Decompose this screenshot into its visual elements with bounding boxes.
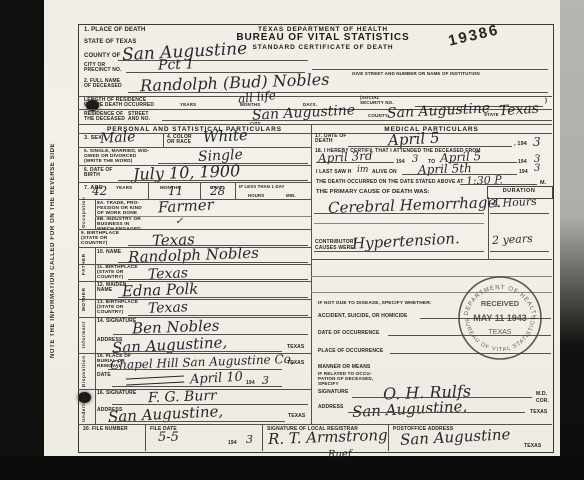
marital-label3: (WRITE THE WORD) — [84, 159, 133, 165]
undertaker-addr-state: TEXAS — [288, 413, 305, 419]
burial-line — [108, 369, 282, 370]
death-certificate-scan: NOTE THE INFORMATION CALLED FOR ON THE R… — [0, 0, 584, 480]
place-occ-label: PLACE OF OCCURRENCE — [318, 348, 383, 354]
race-handwritten: White — [203, 126, 249, 146]
scan-left-black-edge — [0, 0, 44, 480]
burial-date-label: DATE — [97, 372, 111, 378]
place-of-death-title: 1. PLACE OF DEATH — [84, 27, 145, 34]
side-label-undertaker: Undertaker — [81, 391, 86, 422]
contrib-line — [314, 251, 484, 252]
file-div2 — [262, 424, 263, 451]
side-label-disposition: Disposition — [81, 355, 86, 387]
med-line-259 — [311, 259, 552, 260]
accident-label: ACCIDENT, SUICIDE, OR HOMICIDE — [318, 313, 408, 319]
age-less-label: IF LESS THAN 1 DAY — [239, 184, 285, 189]
father-bp-line — [128, 279, 308, 280]
residence-state-handwritten: Texas — [498, 101, 539, 120]
sex-race-divider — [163, 133, 164, 147]
date-occ-label: DATE OF OCCURRENCE — [318, 330, 380, 336]
file-div1 — [145, 424, 146, 451]
last-saw-label2: ALIVE ON — [372, 169, 397, 175]
not-disease-label: IF NOT DUE TO DISEASE, SPECIFY WHETHER: — [318, 301, 432, 307]
row-line-96 — [78, 96, 552, 97]
residence-line — [162, 120, 552, 121]
age-div3 — [235, 183, 236, 199]
age-min-label: MIN. — [286, 193, 296, 198]
side-label-occupation: Occupation — [81, 201, 86, 228]
last-saw-fill: im — [357, 165, 368, 175]
street-hint-label: GIVE STREET AND NUMBER OR NAME OF INSTIT… — [352, 71, 480, 76]
race-label2: OR RACE — [167, 139, 191, 145]
bar-top-line — [78, 124, 552, 125]
industry-checkmark: ✓ — [175, 216, 183, 227]
mother-name-line — [118, 297, 308, 298]
side-label-informant: Informant — [81, 319, 86, 351]
margin-note: NOTE THE INFORMATION CALLED FOR ON THE R… — [50, 105, 56, 395]
related-label3: SPECIFY — [318, 381, 339, 387]
father-name-label: 10. NAME — [97, 249, 121, 255]
dob-label2: BIRTH — [84, 172, 100, 178]
undertaker-sig-label: 16. SIGNATURE — [97, 390, 136, 396]
saw-year-handwritten: 3 — [534, 163, 540, 174]
po-address-state: TEXAS — [524, 443, 541, 449]
age-months-handwritten: 11 — [168, 184, 183, 198]
column-divider — [311, 124, 312, 424]
side-col-line-main — [95, 247, 96, 424]
dod-year-printed: , 194 — [514, 141, 527, 148]
burial-state-label: TEXAS — [287, 360, 304, 366]
dob-line — [118, 180, 308, 181]
years-blank-label: YEARS — [180, 102, 196, 107]
to-year-printed: 194 — [518, 159, 527, 165]
contrib-duration-line — [490, 251, 549, 252]
street-line — [312, 69, 548, 70]
county-line — [118, 60, 308, 61]
stamp-date-text: MAY 11 1943 — [473, 313, 527, 323]
physician-addr-line — [348, 412, 525, 413]
full-name-label2: OF DECEASED — [84, 83, 122, 89]
last-saw-label1: I LAST SAW H — [316, 169, 351, 175]
side-col-line-occ — [95, 199, 96, 229]
name-line — [128, 92, 548, 93]
stamp-received-text: RECEIVED — [481, 299, 520, 308]
scan-right-edge — [560, 0, 584, 480]
res-state-label: STATE — [484, 112, 499, 117]
informant-addr-state: TEXAS — [287, 344, 304, 350]
length-res-label2: WHERE DEATH OCCURRED — [84, 102, 154, 108]
father-bp-label3: COUNTRY) — [97, 275, 123, 281]
from-year-printed: 194 — [396, 159, 405, 165]
physician-sig-label: SIGNATURE — [318, 389, 348, 395]
cause-line2 — [314, 223, 484, 224]
age-div1 — [148, 183, 149, 199]
saw-year-printed: 194 — [519, 169, 528, 175]
res-county-label: COUNTY — [368, 113, 388, 118]
residence-label2: THE DECEASED — [84, 116, 125, 122]
file-div3 — [388, 424, 389, 451]
file-year-handwritten: 3 — [246, 433, 253, 446]
ssn-close-paren: ) — [545, 98, 547, 105]
contrib-duration-handwritten: 2 years — [492, 232, 533, 247]
header-bureau: BUREAU OF VITAL STATISTICS — [233, 32, 413, 43]
row-line-182 — [78, 182, 311, 183]
registrar-row-top-line — [78, 424, 552, 425]
undertaker-addr-line — [108, 421, 285, 422]
county-of-label: COUNTY OF — [84, 53, 121, 60]
mother-name-label2: NAME — [97, 287, 112, 293]
cause-line1 — [314, 213, 484, 214]
header-standard: STANDARD CERTIFICATE OF DEATH — [243, 44, 403, 51]
burial-date-line — [112, 386, 282, 387]
mother-bp-label3: COUNTRY) — [97, 310, 123, 316]
from-line — [316, 162, 394, 163]
row-line-147 — [78, 147, 311, 148]
sex-handwritten: Male — [100, 129, 136, 147]
time-line — [460, 184, 537, 185]
cor-label: COR. — [536, 398, 549, 404]
physician-addr-state: TEXAS — [530, 409, 547, 415]
burial-date-handwritten: April 10 — [190, 370, 244, 388]
stamp-state-text: TEXAS — [489, 329, 512, 336]
age-years-handwritten: 42 — [92, 184, 107, 198]
dod-line — [348, 146, 512, 147]
trade-handwritten: Farmer — [158, 196, 215, 217]
birthplace9-label3: COUNTRY) — [81, 241, 107, 247]
scan-bottom-black-band — [0, 456, 584, 480]
cause-duration-line1 — [490, 213, 549, 214]
primary-cause-label: THE PRIMARY CAUSE OF DEATH WAS: — [316, 189, 430, 196]
manner-label: MANNER OR MEANS — [318, 364, 371, 370]
received-stamp: DEPARTMENT OF HEALTH BUREAU OF VITAL STA… — [454, 272, 546, 364]
precinct-no-label: PRECINCT NO. — [84, 67, 122, 73]
age-hours-label: HOURS — [248, 193, 264, 198]
dod-year-handwritten: 3 — [533, 135, 541, 149]
registrar-signature-note: Ruef — [328, 449, 352, 461]
physician-addr-label: ADDRESS — [318, 404, 344, 410]
file-date-handwritten: 5-5 — [158, 430, 179, 445]
street-label2: AND NO. — [128, 116, 150, 122]
cause-duration-handwritten: 4 Hours — [492, 195, 537, 210]
informant-addr-line — [112, 351, 282, 352]
dod-label2: DEATH — [315, 138, 333, 144]
age-years-label: YEARS — [116, 185, 132, 190]
file-year-printed: 194 — [228, 440, 237, 446]
father-name-line — [118, 262, 308, 263]
occurred-label: THE DEATH OCCURRED ON THE DATE STATED AB… — [316, 179, 463, 185]
md-label: M.D. — [536, 391, 547, 397]
file-number-label: 20. FILE NUMBER — [83, 426, 128, 432]
informant-sig-label: 14. SIGNATURE — [97, 318, 136, 324]
